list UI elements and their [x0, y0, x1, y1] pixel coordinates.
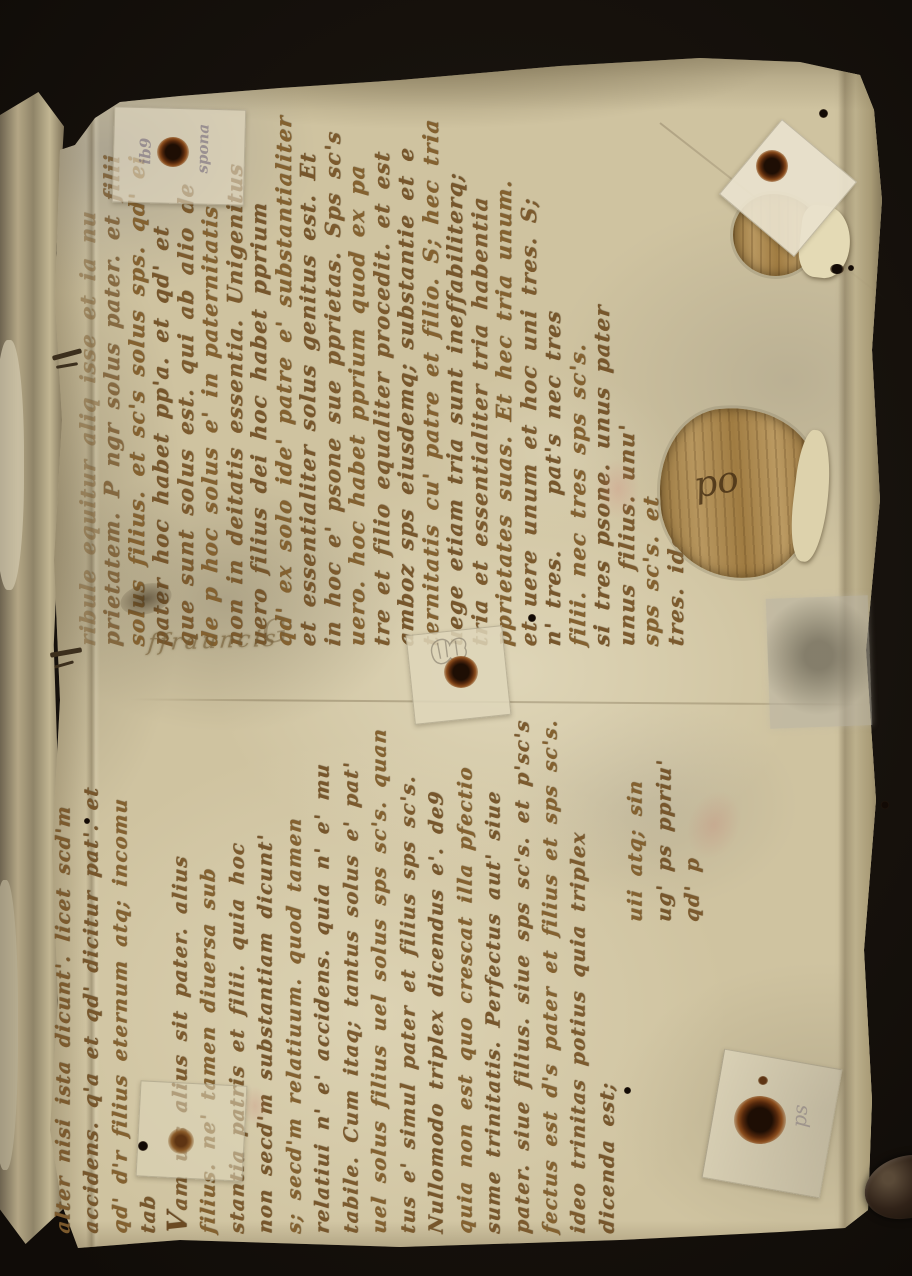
manuscript-line: tre et filio equaliter procedit. et est [370, 83, 394, 648]
repair-patch-middle-right [766, 595, 872, 728]
wormhole-dot [528, 614, 536, 622]
manuscript-line: pprietates suas. Et hec tria unum. [492, 83, 516, 648]
manuscript-line: dicenda est; [593, 740, 621, 1235]
manuscript-line: non secd'm substantiam dicunt' [252, 740, 280, 1235]
manuscript-line: et essentialiter solus genitus est. Et [296, 83, 320, 648]
pink-stain [596, 458, 640, 520]
ink-mark-on-board: po [691, 458, 742, 506]
manuscript-line: uero filius dei hoc habet pprium [247, 83, 271, 648]
manuscript-line: Nullomodo triplex dicendus e'. de9 [423, 740, 451, 1235]
manuscript-line: et uere unum et hoc uni tres. S; [517, 83, 541, 648]
repair-patch-bottom-left [136, 1080, 248, 1181]
manuscript-line: quia non est quo crescat illa pfectio [451, 740, 479, 1235]
burn-hole [756, 150, 788, 182]
manuscript-line: tus e' simul pater et filius sps sc's. [394, 740, 422, 1235]
manuscript-line: fectus est d's pater et filius et sps sc… [536, 740, 564, 1235]
manuscript-line: ribule equitur aliq isse et ia nu [76, 83, 100, 648]
rust-hole [168, 1128, 194, 1154]
manuscript-line: uero. hoc habet pprium quod ex pa [345, 83, 369, 648]
manuscript-photo: ribule equitur aliq isse et ia nuprietat… [0, 0, 912, 1276]
manuscript-line: relatiui n' e' accidens. quia n' e' mu [309, 740, 337, 1235]
manuscript-line: amboz sps eiusdemq; substantie et e [394, 83, 418, 648]
burn-blotch [734, 1096, 786, 1144]
manuscript-line: sps sc's. et [639, 83, 663, 648]
wormhole-dot [138, 1141, 148, 1151]
ghost-text: spona [193, 124, 212, 174]
manuscript-line: tabile. Cum itaq; tantus solus e' pat' [337, 740, 365, 1235]
manuscript-line: pater. siue filius. siue sps sc's. et p'… [508, 740, 536, 1235]
wormhole-dot [881, 801, 889, 809]
ghost-text: ps [787, 1104, 813, 1129]
wormhole-dot [84, 818, 90, 824]
wormhole-dot [848, 265, 854, 271]
manuscript-line: uii atq; sin [622, 740, 650, 1235]
ghost-text: ib9 [136, 138, 155, 165]
manuscript-line: unus filius. unu' [615, 83, 639, 648]
wormhole-dot [819, 109, 828, 118]
inscription-flourish: G [259, 610, 290, 651]
manuscript-line: tres. ide' [664, 83, 688, 648]
manuscript-line: n' tres. pat's nec tres [541, 83, 565, 648]
leaf-edge-sliver [0, 340, 24, 590]
manuscript-line: ug' ps ppriu' [650, 740, 678, 1235]
manuscript-line: alter nisi ista dicunt'. licet scd'm [50, 740, 78, 1235]
burn-hole [444, 656, 478, 688]
manuscript-line: si tres psone. unus pater [590, 83, 614, 648]
burn-hole [157, 137, 189, 167]
manuscript-line: ternitatis cu' patre et filio. S; hec tr… [419, 83, 443, 648]
manuscript-line: tria et essentialiter tria habentia [468, 83, 492, 648]
manuscript-line: in hoc e' psone sue pprietas. Sps sc's [321, 83, 345, 648]
manuscript-line: uege etiam tria sunt ineffabiliterq; [443, 83, 467, 648]
wormhole-dot [830, 264, 844, 274]
manuscript-line: uel solus filius uel solus sps sc's. qua… [366, 740, 394, 1235]
wormhole-dot [624, 1087, 631, 1094]
owner-inscription: ffrauncis [147, 626, 280, 657]
manuscript-line: s; secd'm relatiuum. quod tamen [280, 740, 308, 1235]
manuscript-line: qd' d'r filius eternum atq; incomu [106, 740, 134, 1235]
manuscript-line: filii. nec tres sps sc's. [566, 83, 590, 648]
manuscript-line: qd' ex solo ide' patre e' substantialite… [272, 83, 296, 648]
manuscript-line: ideo trinitas potius quia triplex [565, 740, 593, 1235]
manuscript-line: sume trinitatis. Perfectus aut' siue [480, 740, 508, 1235]
rust-dot [758, 1076, 768, 1085]
manuscript-line: accidens. q'a et qd' dicitur pat'. et [78, 740, 106, 1235]
